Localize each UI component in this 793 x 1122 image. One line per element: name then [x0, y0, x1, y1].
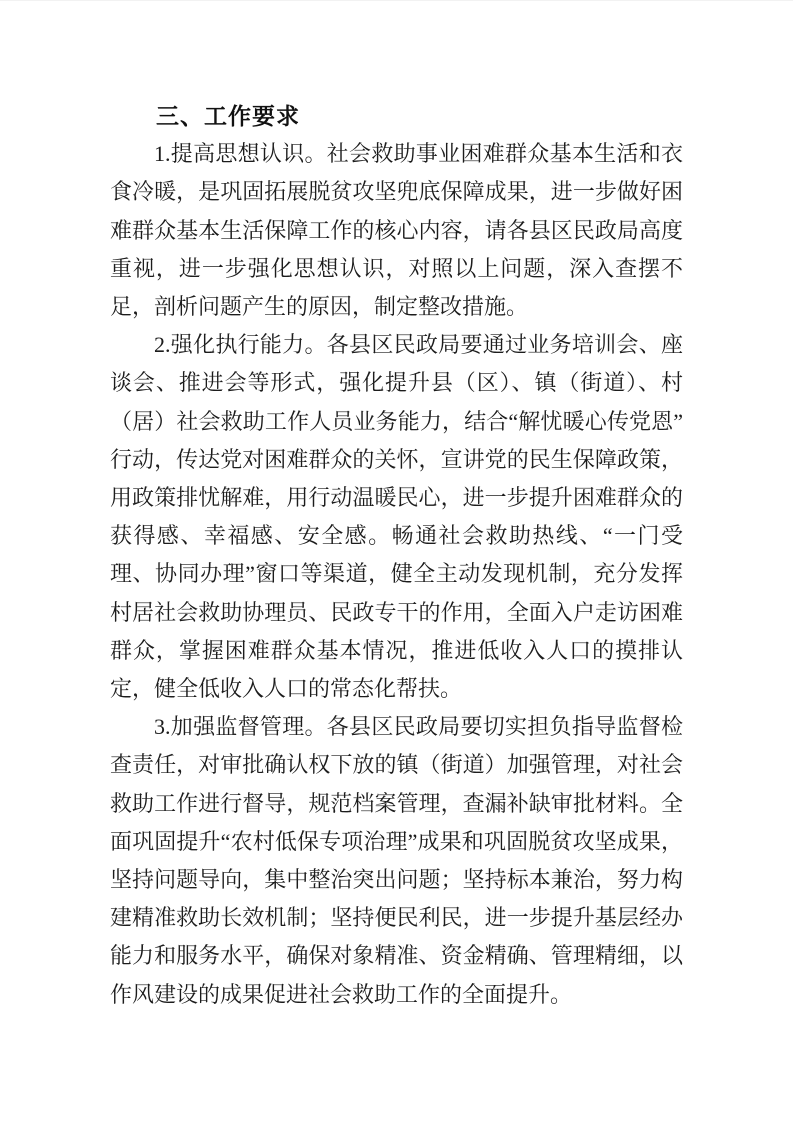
- document-content: 三、工作要求 1.提高思想认识。社会救助事业困难群众基本生活和衣食冷暖，是巩固拓…: [110, 97, 683, 1014]
- paragraph-raise-awareness: 1.提高思想认识。社会救助事业困难群众基本生活和衣食冷暖，是巩固拓展脱贫攻坚兜底…: [110, 135, 683, 326]
- document-page: 三、工作要求 1.提高思想认识。社会救助事业困难群众基本生活和衣食冷暖，是巩固拓…: [0, 0, 793, 1122]
- paragraph-strengthen-execution: 2.强化执行能力。各县区民政局要通过业务培训会、座谈会、推进会等形式，强化提升县…: [110, 326, 683, 708]
- section-heading: 三、工作要求: [110, 97, 683, 135]
- paragraph-enhance-supervision: 3.加强监督管理。各县区民政局要切实担负指导监督检查责任，对审批确认权下放的镇（…: [110, 708, 683, 1014]
